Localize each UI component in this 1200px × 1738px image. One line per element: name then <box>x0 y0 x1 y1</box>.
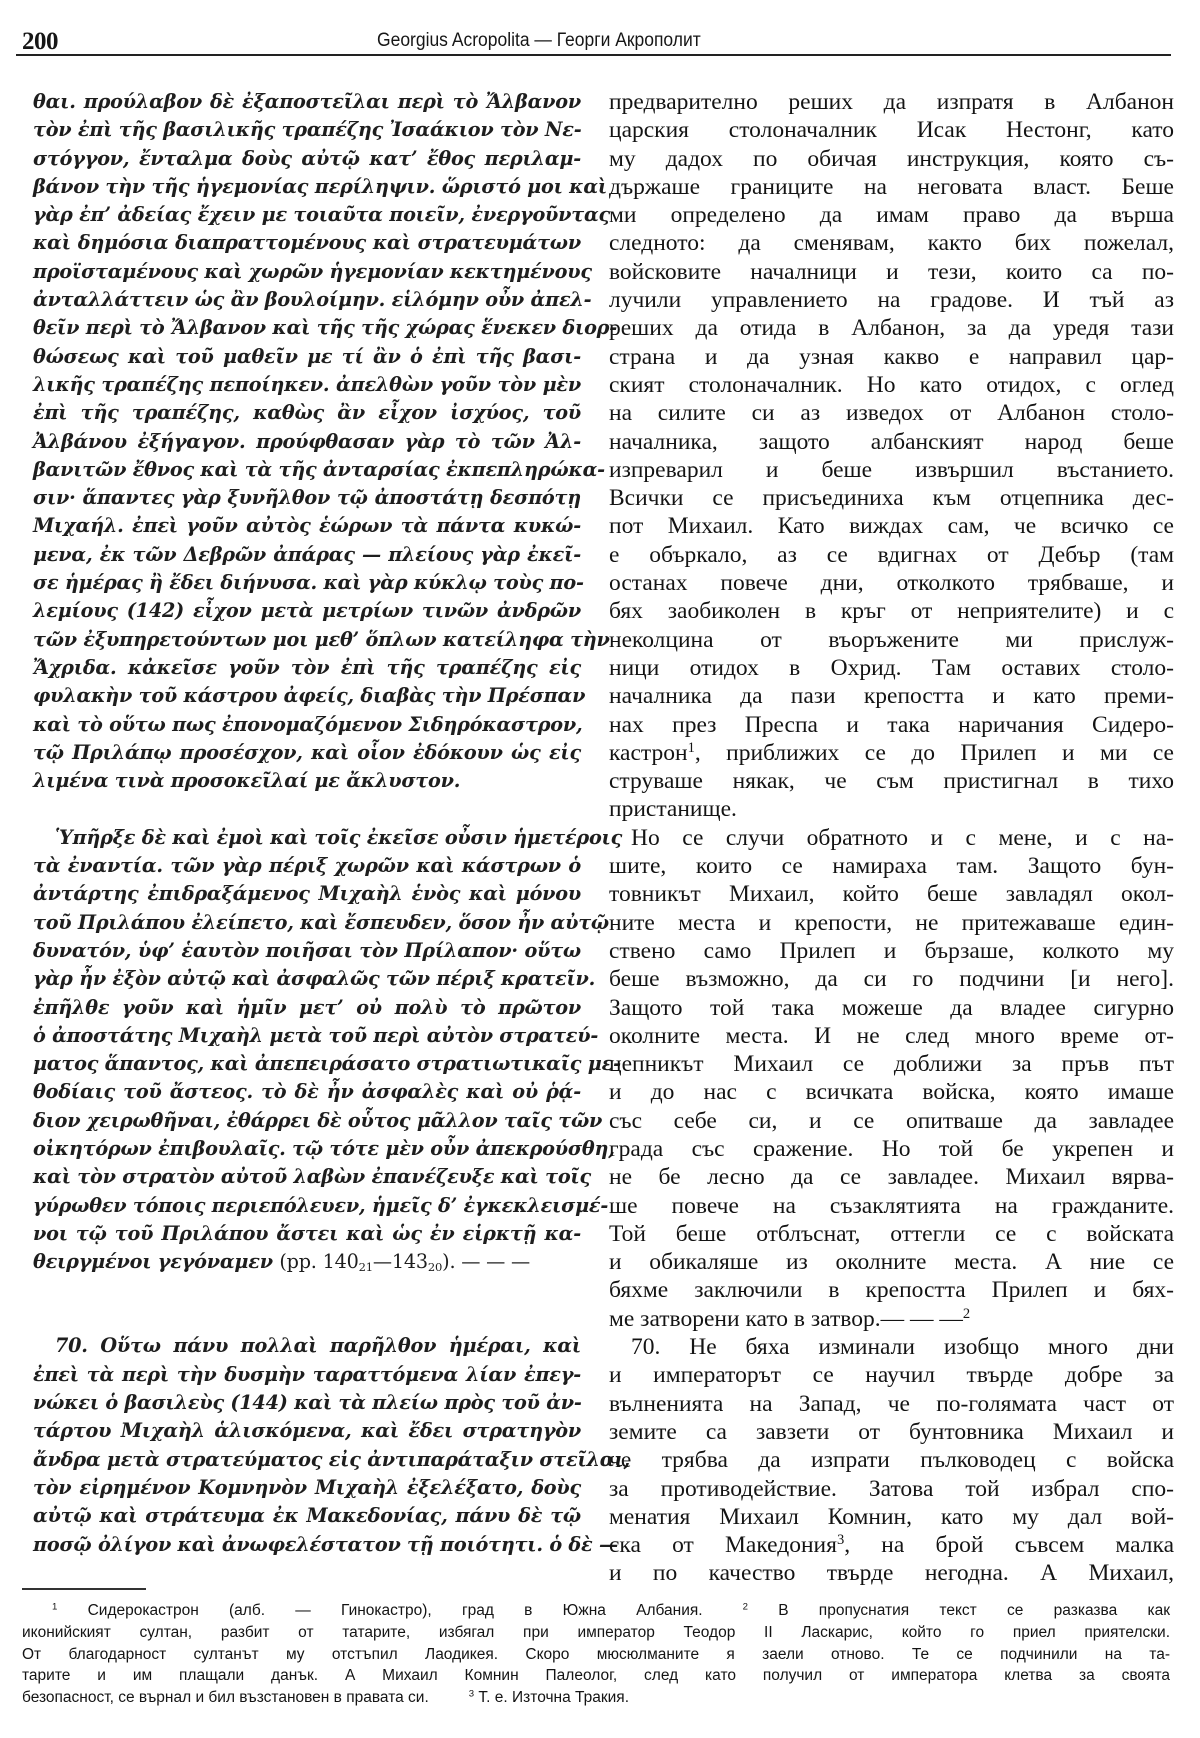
text-line: σε ἡμέρας ἢ ἔδει διήνυσα. καὶ γὰρ κύκλῳ … <box>33 569 581 597</box>
text-line-with-footnote: ска от Македония3, на брой съвсем малка <box>609 1531 1174 1559</box>
text-line: земите са завзети от бунтовника Михаил и <box>609 1418 1174 1446</box>
text-line: беше възможно, да си го подчини [и него]… <box>609 965 1174 993</box>
ref-mid: —143 <box>373 1250 428 1273</box>
ref-line-end: 20 <box>428 1260 442 1274</box>
text-line: θοδίαις τοῦ ἄστεος. τὸ δὲ ἦν ἀσφαλὲς καὶ… <box>33 1078 581 1106</box>
text-line: νοι τῷ τοῦ Πριλάπου ἄστει καὶ ὡς ἐν εἱρκ… <box>33 1220 581 1248</box>
paragraph-gap <box>33 1276 581 1332</box>
text-line: λικῆς τραπέζης πεποίηκεν. ἀπελθὼν γοῦν τ… <box>33 371 581 399</box>
text-line: ὁ ἀποστάτης Μιχαὴλ μετὰ τοῦ περὶ αὐτὸν σ… <box>33 1022 581 1050</box>
text-line: τοῦ Πριλάπου ἐλείπετο, καὶ ἔσπευδεν, ὅσο… <box>33 909 581 937</box>
text-line: ἐπὶ τῆς τραπέζης, καθὼς ἂν εἶχον ἰσχύος,… <box>33 399 581 427</box>
text-line: ποσῷ ὀλίγον καὶ ἀνωφελέστατον τῇ ποιότητ… <box>33 1531 581 1559</box>
text-line: е объркало, аз се вдигнах от Дебър (там <box>609 541 1174 569</box>
text-line: οἰκητόρων ἐπιβουλαῖς. τῷ τότε μὲν οὖν ἀπ… <box>33 1135 581 1163</box>
text-line: менатия Михаил Комнин, като му дал вой- <box>609 1503 1174 1531</box>
text-line: останах повече дни, отколкото трябваше, … <box>609 569 1174 597</box>
line-text: , на брой съвсем малка <box>844 1532 1174 1558</box>
text-line: Всички се присъединиха към отцепника дес… <box>609 484 1174 512</box>
footnote-1-mark: 1 <box>52 1602 57 1613</box>
text-line: ствено само Прилеп и бързаше, колкото му <box>609 937 1174 965</box>
text-line: със себе си, и се опитваше да завладее <box>609 1107 1174 1135</box>
greek-paragraph-2: Ὑπῆρξε δὲ καὶ ἐμοὶ καὶ τοῖς ἐκεῖσε οὖσιν… <box>33 824 581 1277</box>
greek-paragraph-1: θαι. προύλαβον δὲ ἐξαποστεῖλαι περὶ τὸ Ἄ… <box>33 88 581 795</box>
ref-suffix: ). — — — <box>442 1250 530 1273</box>
text-line: ἐπῆλθε γοῦν καὶ ἡμῖν μετ’ οὐ πολὺ τὸ πρῶ… <box>33 994 581 1022</box>
text-line: околните места. И не след много време от… <box>609 1022 1174 1050</box>
text-line: ми определено да имам право да върша <box>609 201 1174 229</box>
text-line: καὶ δημόσια διαπραττομένους καὶ στρατευμ… <box>33 229 581 257</box>
page-number: 200 <box>22 28 58 56</box>
text-line: γὰρ ἐπ’ ἀδείας ἔχειν με τοιαῦτα ποιεῖν, … <box>33 201 581 229</box>
text-line: бях заобиколен в кръг от неприятелите) и… <box>609 597 1174 625</box>
footnote-line: тарите и им плащали данък. А Михаил Комн… <box>22 1665 1170 1687</box>
text-line: на силите си аз изведох от Албанон столо… <box>609 399 1174 427</box>
text-line-with-reference: θειργμένοι γεγόναμεν (pp. 14021—14320). … <box>33 1248 581 1276</box>
text-line: ἀντάρτης ἐπιδραξάμενος Μιχαὴλ ἑνὸς καὶ μ… <box>33 880 581 908</box>
footnote-line: иконийският султан, разбит от татарите, … <box>22 1622 1170 1644</box>
text-line: града със сражение. Но той бе укрепен и <box>609 1135 1174 1163</box>
text-line: 70. Не бяха изминали изобщо много дни <box>609 1333 1174 1361</box>
text-line: δυνατόν, ὑφ’ ἑαυτὸν ποιῆσαι τὸν Πρίλαπον… <box>33 937 581 965</box>
text-line: държаше границите на неговата власт. Беш… <box>609 173 1174 201</box>
text-line: Защото той така можеше да владее сигурно <box>609 994 1174 1022</box>
text-line-with-footnote: ме затворени като в затвор.— — —2 <box>609 1305 1174 1333</box>
text-line: изпреварил и беше извършил въстанието. <box>609 456 1174 484</box>
text-line: цепникът Михаил се доближи за пръв път <box>609 1050 1174 1078</box>
text-line: γύρωθεν τόποις περιεπόλευεν, ἡμεῖς δ’ ἐγ… <box>33 1192 581 1220</box>
text-line: Той беше отблъснат, оттегли се с войскат… <box>609 1220 1174 1248</box>
running-title: Georgius Acropolita — Георги Акрополит <box>377 30 701 52</box>
paragraph-gap <box>33 795 581 823</box>
text-line: предварително реших да изпратя в Албанон <box>609 88 1174 116</box>
text-line: не бе лесно да се завладее. Михаил вярва… <box>609 1163 1174 1191</box>
text-line: товникът Михаил, който беше завладял око… <box>609 880 1174 908</box>
text-line: αὐτῷ καὶ στράτευμα ἐκ Μακεδονίας, πάνυ δ… <box>33 1502 581 1530</box>
text-line: и императорът се научил твърде добре за <box>609 1361 1174 1389</box>
footnote-rule <box>22 1588 146 1590</box>
text-line: лучили управлението на градове. И тъй аз <box>609 286 1174 314</box>
text-line-with-footnote: кастрон1, приближих се до Прилеп и ми се <box>609 739 1174 767</box>
text-line: θεῖν περὶ τὸ Ἄλβανον καὶ τῆς τῆς χώρας ἕ… <box>33 314 581 342</box>
text-line: реших да отида в Албанон, за да уредя та… <box>609 314 1174 342</box>
ref-prefix: (pp. 140 <box>279 1250 358 1273</box>
footnote-2-mark: 2 <box>743 1602 748 1613</box>
text-line: Μιχαήλ. ἐπεὶ γοῦν αὐτὸς ἑώρων τὰ πάντα κ… <box>33 512 581 540</box>
ref-line-start: 21 <box>359 1260 373 1274</box>
text-line: ἐπεὶ τὰ περὶ τὴν δυσμὴν ταραττόμενα λίαν… <box>33 1361 581 1389</box>
text-line: царския столоначалник Исак Нестонг, като <box>609 116 1174 144</box>
text-line: неколцина от въоръжените ми прислуж- <box>609 626 1174 654</box>
text-line: λεμίους (142) εἶχον μετὰ μετρίων τινῶν ἀ… <box>33 597 581 625</box>
text-line: пристанище. <box>609 795 1174 823</box>
text-line: страна и да узная какво е направил цар- <box>609 343 1174 371</box>
text-line: му дадох по обичая инструкция, която съ- <box>609 145 1174 173</box>
greek-column: θαι. προύλαβον δὲ ἐξαποστεῖλαι περὶ τὸ Ἄ… <box>33 88 581 1559</box>
text-line: ἀνταλλάττειν ὡς ἂν βουλοίμην. εἱλόμην οὖ… <box>33 286 581 314</box>
text-line: Ἄχριδα. κἀκεῖσε γοῦν τὸν ἐπὶ τῆς τραπέζη… <box>33 654 581 682</box>
text-line: ните места и крепости, не притежаваше ед… <box>609 909 1174 937</box>
bulgarian-column: предварително реших да изпратя в Албанон… <box>609 88 1174 1588</box>
text-line: следното: да сменявам, както бих пожелал… <box>609 229 1174 257</box>
text-line: Ἀλβάνου ἐξήγαγον. προύφθασαν γὰρ τὸ τῶν … <box>33 428 581 456</box>
text-line: τῷ Πριλάπῳ προσέσχον, καὶ οἷον ἐδόκουν ὡ… <box>33 739 581 767</box>
text-line: че трябва да изпрати пълководец с войска <box>609 1446 1174 1474</box>
footnote-3-text: Т. е. Източна Тракия. <box>478 1689 629 1706</box>
text-line: вълненията на Запад, че по-голямата част… <box>609 1390 1174 1418</box>
footnote-line: безопасност, се върнал и бил възстановен… <box>22 1687 1170 1709</box>
text-line: ше повече на съзаклятията на гражданите. <box>609 1192 1174 1220</box>
text-line: λιμένα τινὰ προσοκεῖλαί με ἄκλυστον. <box>33 767 581 795</box>
text-line: φυλακὴν τοῦ κάστρου ἀφείς, διαβὰς τὴν Πρ… <box>33 682 581 710</box>
greek-paragraph-3: 70. Οὕτω πάνυ πολλαὶ παρῆλθον ἡμέραι, κα… <box>33 1332 581 1558</box>
text-line: καὶ τὸν στρατὸν αὐτοῦ λαβὼν ἐπανέζευξε κ… <box>33 1163 581 1191</box>
text-line: бяхме заключили в крепостта Прилеп и бях… <box>609 1276 1174 1304</box>
text-line: θώσεως καὶ τοῦ μαθεῖν με τί ἂν ὁ ἐπὶ τῆς… <box>33 343 581 371</box>
text-line: θαι. προύλαβον δὲ ἐξαποστεῖλαι περὶ τὸ Ἄ… <box>33 88 581 116</box>
text-line: за противодействие. Затова той избрал сп… <box>609 1475 1174 1503</box>
footnote-3-mark: 3 <box>469 1689 474 1700</box>
text-line: στόγγον, ἔνταλμα δοὺς αὐτῷ κατ’ ἔθος περ… <box>33 145 581 173</box>
bulgarian-paragraph-1: предварително реших да изпратя в Албанон… <box>609 88 1174 824</box>
line-text: ска от Македония <box>609 1532 837 1558</box>
text-line: τὰ ἐναντία. τῶν γὰρ πέριξ χωρῶν καὶ κάστ… <box>33 852 581 880</box>
footnote-2-text-start: В пропуснатия текст се разказва как <box>778 1602 1170 1619</box>
text-line: ският столоначалник. Но като отидох, с о… <box>609 371 1174 399</box>
line-text: , приближих се до Прилеп и ми се <box>695 740 1174 766</box>
text-line: Ὑπῆρξε δὲ καὶ ἐμοὶ καὶ τοῖς ἐκεῖσε οὖσιν… <box>33 824 581 852</box>
text-line: шите, които се намираха там. Защото бун- <box>609 852 1174 880</box>
line-text: ме затворени като в затвор.— — — <box>609 1306 963 1332</box>
bulgarian-paragraph-2: Но се случи обратното и с мене, и с на- … <box>609 824 1174 1333</box>
text-line: началника да пази крепостта и като преми… <box>609 682 1174 710</box>
footnote-line: От благодарност султанът му отстъпил Лао… <box>22 1644 1170 1666</box>
header-rule <box>16 54 1171 56</box>
text-line: διον χειρωθῆναι, ἐθάρρει δὲ οὗτος μᾶλλον… <box>33 1107 581 1135</box>
text-line: и до нас с всичката войска, която имаше <box>609 1078 1174 1106</box>
text-line: струваше някак, че съм пристигнал в тихо <box>609 767 1174 795</box>
bulgarian-paragraph-3: 70. Не бяха изминали изобщо много дни и … <box>609 1333 1174 1588</box>
text-line: нах през Преспа и така наричания Сидеро- <box>609 711 1174 739</box>
text-line: ματος ἅπαντος, καὶ ἀπεπειράσατο στρατιωτ… <box>33 1050 581 1078</box>
footnote-marker-1[interactable]: 1 <box>688 740 695 756</box>
footnotes: 1 Сидерокастрон (алб. — Гинокастро), гра… <box>22 1600 1170 1709</box>
line-text: кастрон <box>609 740 688 766</box>
footnote-line: 1 Сидерокастрон (алб. — Гинокастро), гра… <box>22 1600 1170 1622</box>
text-line: μενα, ἐκ τῶν Δεβρῶν ἀπάρας — πλείους γὰρ… <box>33 541 581 569</box>
text-line: τὸν ἐπὶ τῆς βασιλικῆς τραπέζης Ἰσαάκιον … <box>33 116 581 144</box>
text-line: προϊσταμένους καὶ χωρῶν ἡγεμονίαν κεκτημ… <box>33 258 581 286</box>
text-line: τῶν ἐξυπηρετούντων μοι μεθ’ ὅπλων κατείλ… <box>33 626 581 654</box>
text-line: βάνον τὴν τῆς ἡγεμονίας περίληψιν. ὥριστ… <box>33 173 581 201</box>
text-line: καὶ τὸ οὕτω πως ἐπονομαζόμενον Σιδηρόκασ… <box>33 711 581 739</box>
text-line: σιν· ἅπαντες γὰρ ξυνῆλθον τῷ ἀποστάτῃ δε… <box>33 484 581 512</box>
text-line: γὰρ ἦν ἐξὸν αὐτῷ καὶ ἀσφαλῶς τῶν πέριξ κ… <box>33 965 581 993</box>
footnote-1-text: Сидерокастрон (алб. — Гинокастро), град … <box>88 1602 703 1619</box>
text-line: ници отидох в Охрид. Там оставих столо- <box>609 654 1174 682</box>
footnote-2-text-end: безопасност, се върнал и бил възстановен… <box>22 1689 429 1706</box>
text-line: пот Михаил. Като виждах сам, че всичко с… <box>609 512 1174 540</box>
text-line: ἄνδρα μετὰ στρατεύματος εἰς ἀντιπαράταξι… <box>33 1446 581 1474</box>
text-line: τάρτου Μιχαὴλ ἁλισκόμενα, καὶ ἔδει στρατ… <box>33 1417 581 1445</box>
page-reference: (pp. 14021—14320). — — — <box>279 1250 530 1273</box>
text-line: βανιτῶν ἔθνος καὶ τὰ τῆς ἀνταρσίας ἐκπεπ… <box>33 456 581 484</box>
text-line: и обикаляше из околните места. А ние се <box>609 1248 1174 1276</box>
footnote-marker-2[interactable]: 2 <box>963 1306 970 1322</box>
text-line: νώκει ὁ βασιλεὺς (144) καὶ τὰ πλείω πρὸς… <box>33 1389 581 1417</box>
text-line: и по качество твърде негодна. А Михаил, <box>609 1559 1174 1587</box>
text-line: войсковите началници и тези, които са по… <box>609 258 1174 286</box>
text-line: 70. Οὕτω πάνυ πολλαὶ παρῆλθον ἡμέραι, κα… <box>33 1332 581 1360</box>
greek-text: θειργμένοι γεγόναμεν <box>33 1250 273 1273</box>
page-header: 200 Georgius Acropolita — Георги Акропол… <box>22 24 1170 58</box>
text-line: Но се случи обратното и с мене, и с на- <box>609 824 1174 852</box>
text-line: началника, защото албанският народ беше <box>609 428 1174 456</box>
text-line: τὸν εἰρημένον Κομνηνὸν Μιχαὴλ ἐξελέξατο,… <box>33 1474 581 1502</box>
